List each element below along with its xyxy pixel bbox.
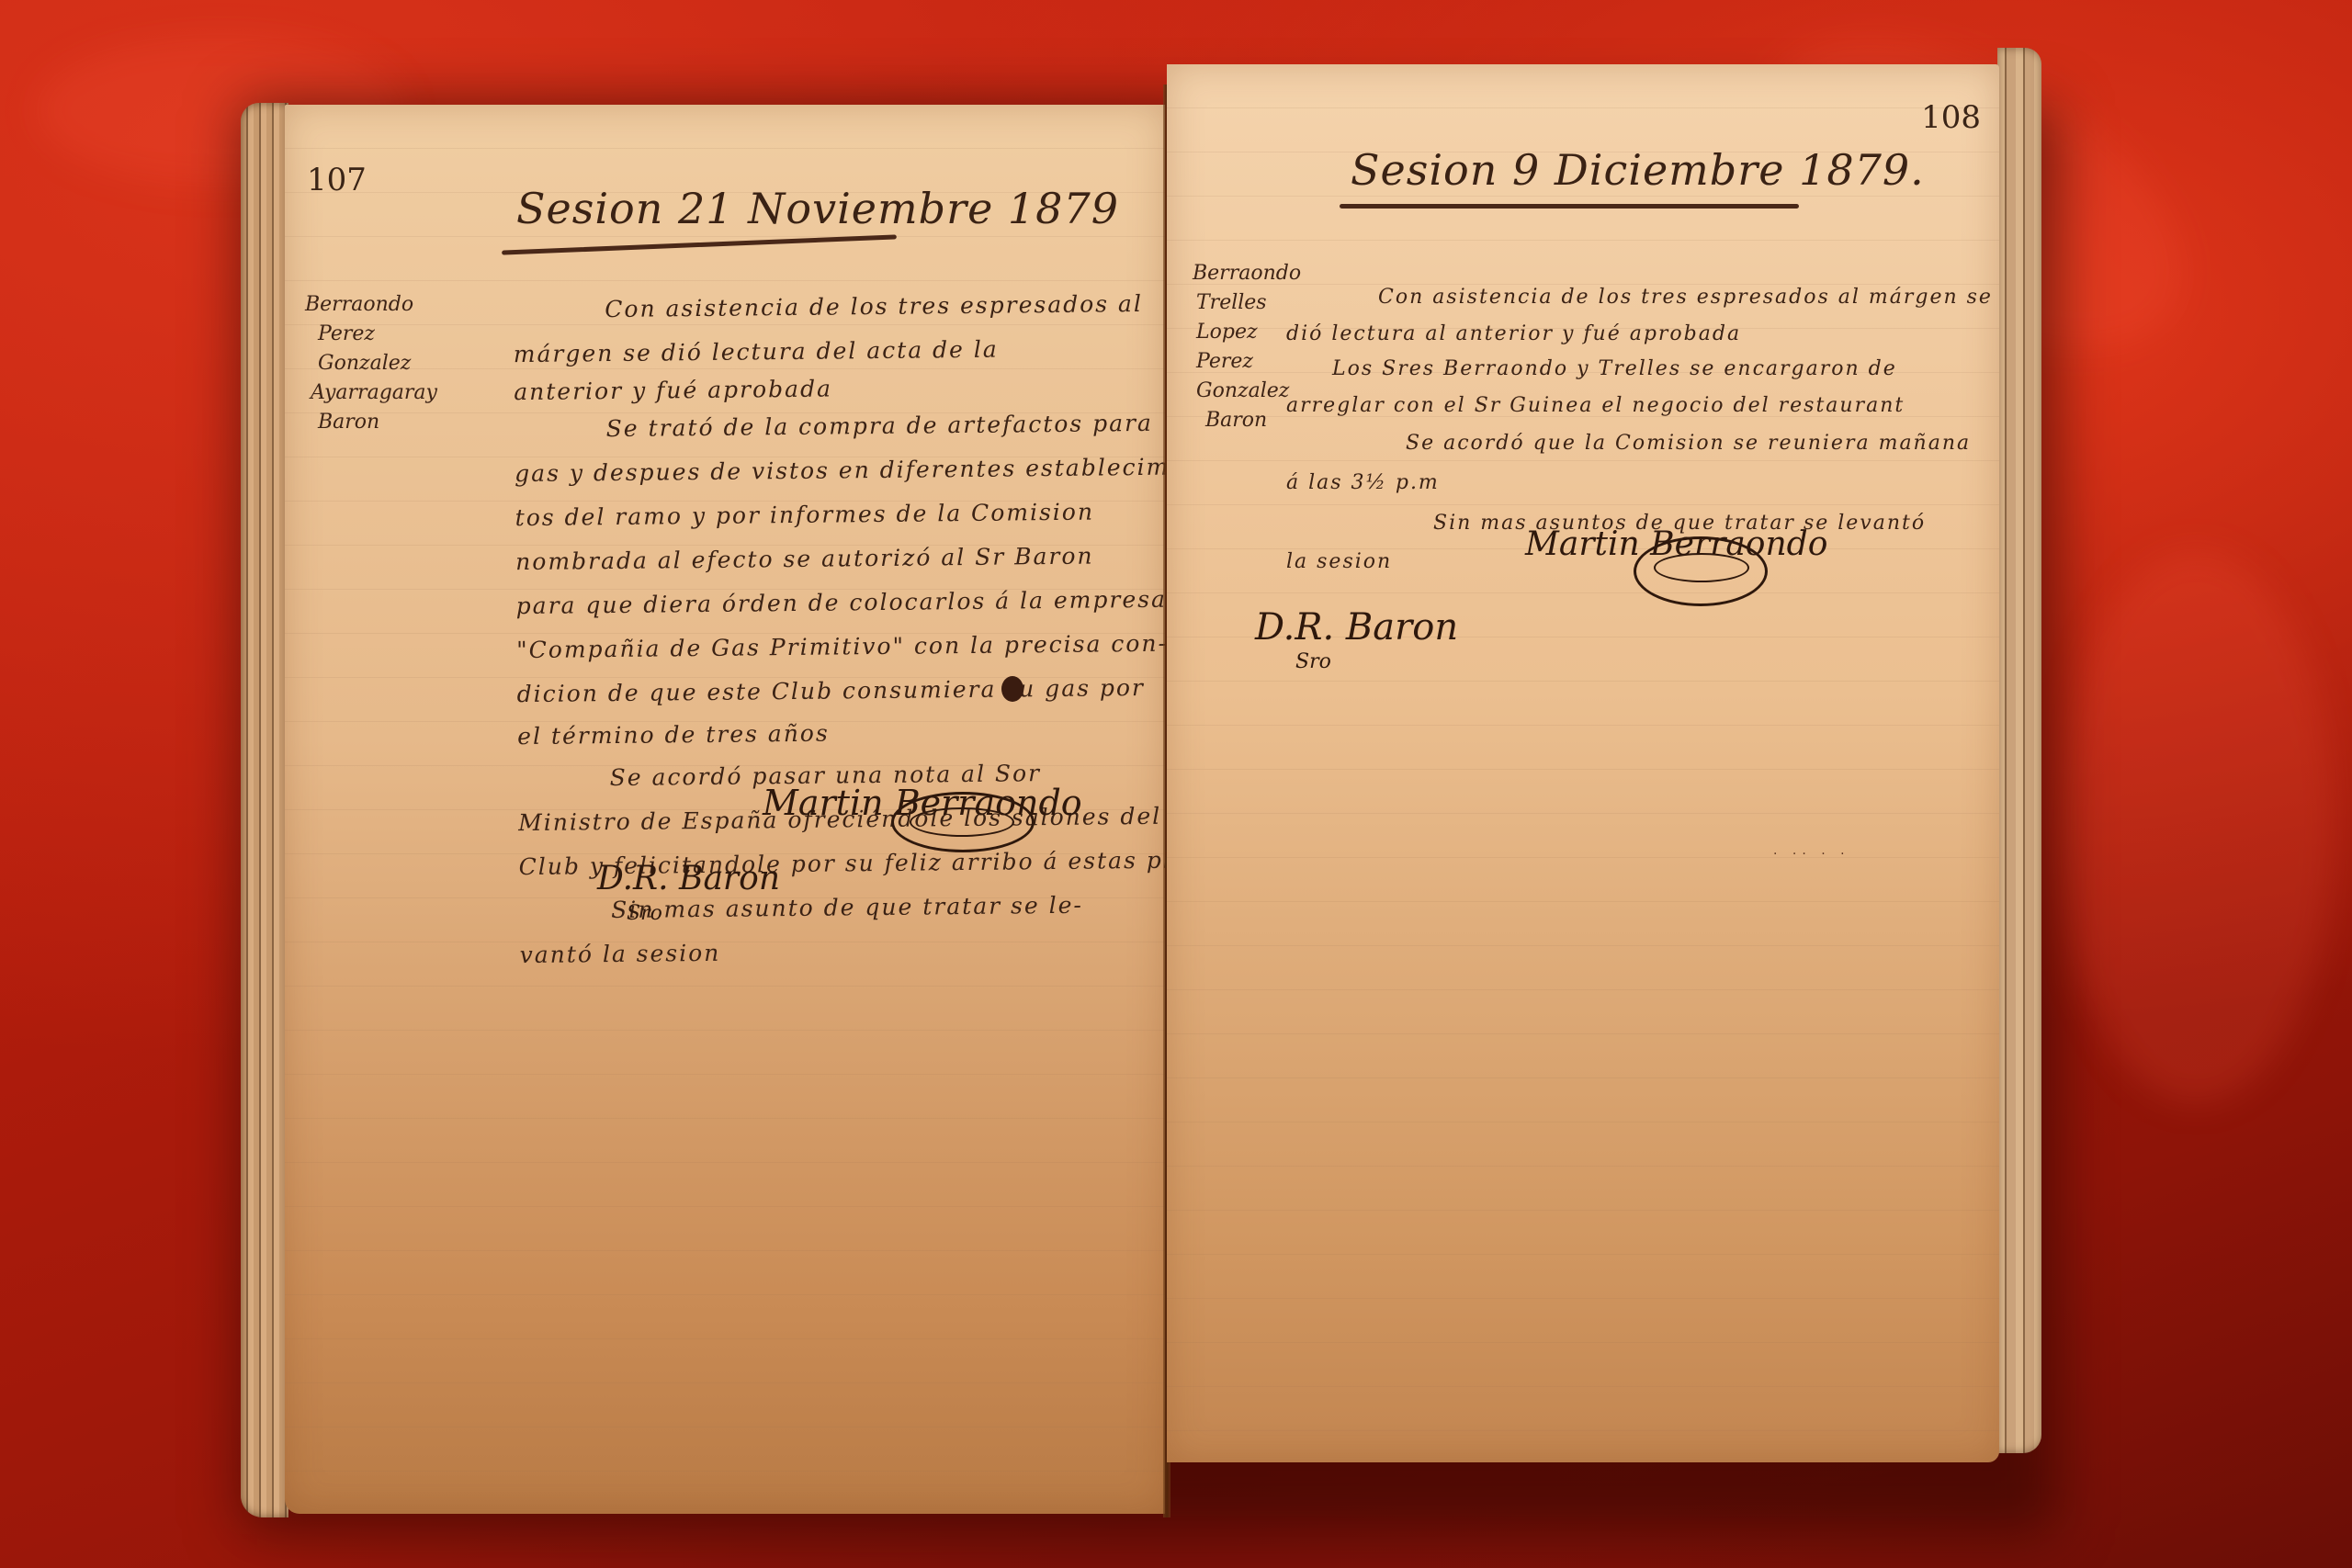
cloth-fold-highlight (2058, 551, 2334, 1102)
text-line: márgen se dió lectura del acta de la (514, 325, 1236, 377)
attendee-name: Trelles (1193, 288, 1301, 318)
text-line: Con asistencia de los tres espresados al (513, 281, 1235, 333)
stray-ink-marks: · ·· · · (1773, 847, 1850, 862)
signature-flourish (1654, 553, 1749, 582)
secretary-signature: D.R. Baron (1255, 606, 1458, 649)
attendee-name: Berraondo (1193, 259, 1301, 288)
attendee-name: Perez (305, 320, 437, 349)
secretary-title: Sro (1295, 650, 1331, 673)
text-line: gas y despues de vistos en diferentes es… (514, 445, 1237, 496)
text-line: arreglar con el Sr Guinea el negocio del… (1286, 388, 1993, 424)
attendee-name: Lopez (1193, 318, 1301, 347)
secretary-signature: D.R. Baron (597, 860, 780, 897)
text-line: dicion de que este Club consumiera su ga… (516, 665, 1238, 716)
text-line: tos del ramo y por informes de la Comisi… (514, 489, 1237, 540)
attendee-name: Perez (1193, 347, 1301, 377)
attendee-name: Baron (305, 408, 437, 437)
session-title: Sesion 9 Diciembre 1879. (1351, 145, 1925, 195)
text-line: Se acordó que la Comision se reuniera ma… (1286, 424, 1993, 463)
title-underline (1340, 204, 1799, 209)
text-line: Los Sres Berraondo y Trelles se encargar… (1286, 351, 1993, 388)
ink-blot (1001, 676, 1023, 702)
text-line: "Compañia de Gas Primitivo" con la preci… (516, 621, 1238, 672)
left-page-stack (241, 103, 288, 1517)
text-line: para que diera órden de colocarlos á la … (515, 577, 1238, 628)
session-title: Sesion 21 Noviembre 1879 (516, 184, 1119, 233)
attendee-list: Berraondo Perez Gonzalez Ayarragaray Bar… (305, 290, 437, 437)
attendee-name: Baron (1193, 406, 1301, 435)
signature-flourish (910, 807, 1014, 837)
text-line: Con asistencia de los tres espresados al… (1286, 277, 1993, 318)
attendee-name: Berraondo (305, 290, 437, 320)
left-page: 107 Sesion 21 Noviembre 1879 Berraondo P… (285, 105, 1165, 1514)
page-number: 107 (307, 162, 367, 198)
attendee-name: Ayarragaray (305, 378, 437, 408)
right-page-stack (1997, 48, 2041, 1453)
right-page: 108 Sesion 9 Diciembre 1879. Berraondo T… (1167, 64, 1999, 1462)
text-line: vantó la sesion (519, 926, 1241, 977)
text-line: nombrada al efecto se autorizó al Sr Bar… (515, 533, 1238, 584)
secretary-title: Sro (627, 902, 662, 925)
attendee-name: Gonzalez (1193, 377, 1301, 406)
text-line: á las 3½ p.m (1286, 463, 1993, 503)
attendee-name: Gonzalez (305, 349, 437, 378)
open-ledger-book: 107 Sesion 21 Noviembre 1879 Berraondo P… (241, 48, 2041, 1472)
page-number: 108 (1921, 99, 1981, 136)
text-line: Se trató de la compra de artefactos para (514, 400, 1236, 452)
text-line: dió lectura al anterior y fué aprobada (1286, 318, 1993, 351)
attendee-list: Berraondo Trelles Lopez Perez Gonzalez B… (1193, 259, 1301, 435)
